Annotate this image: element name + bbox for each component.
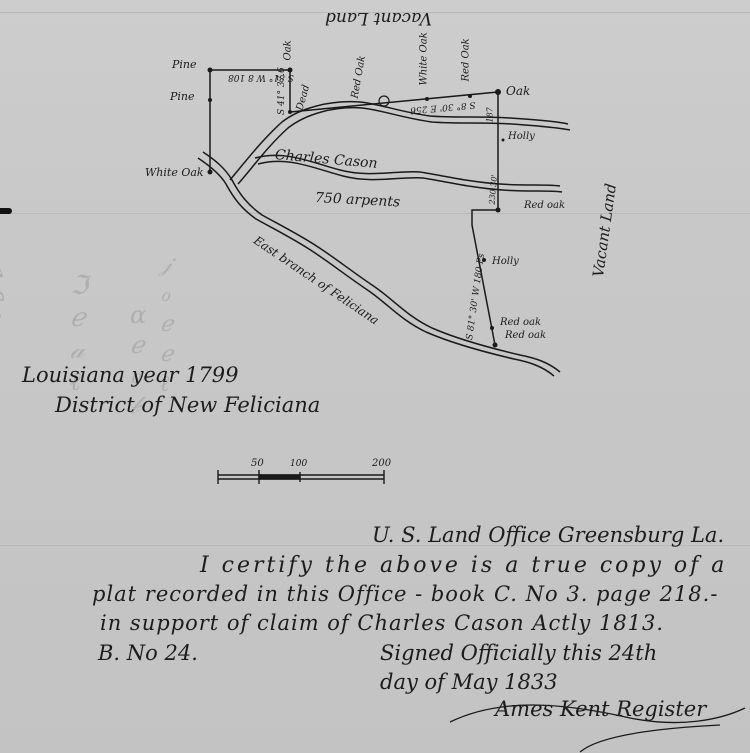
label-red-oak-e: Red oak [524,200,565,211]
label-red-oak-top-2: Red Oak [461,38,472,81]
label-oak-ne: Oak [506,84,530,98]
bearing-short-line: S 41° 37.6 [277,67,287,115]
scale-bar [218,470,384,484]
certificate-line-3: in support of claim of Charles Cason Act… [100,611,664,635]
label-white-oak-top: White Oak [419,32,430,85]
label-pine: Pine [172,58,197,71]
bearing-ne-corner: 187 [486,107,495,122]
certificate-office: U. S. Land Office Greensburg La. [372,523,724,547]
certificate-line-2: plat recorded in this Office - book C. N… [92,582,718,606]
document-page: ℭ ƒ ℓ ℑℯ𝒶ℓ αℯℴ𝒷 𝒿ℴℯℯℓ [0,0,750,753]
label-oak: Oak [283,40,294,60]
scale-label-50: 50 [251,458,264,469]
scale-label-200: 200 [372,458,391,469]
certificate-signature: Ames Kent Register [495,697,706,721]
label-red-oak-s1: Red oak [500,317,541,328]
location-line-1: Louisiana year 1799 [22,363,239,387]
label-red-oak-s2: Red oak [505,330,546,341]
label-pine: Pine [170,90,195,103]
label-white-oak: White Oak [145,166,204,179]
header-vacant-land: Vacant Land [325,8,432,28]
certificate-date: day of May 1833 [380,670,558,694]
certificate-line-1: I certify the above is a true copy of a [200,553,727,578]
location-line-2: District of New Feliciana [55,393,320,417]
certificate-signed: Signed Officially this 24th [380,641,657,665]
label-holly-2: Holly [492,256,519,267]
certificate-reference: B. No 24. [98,641,198,665]
scale-label-100: 100 [290,459,307,469]
label-holly: Holly [508,131,535,142]
